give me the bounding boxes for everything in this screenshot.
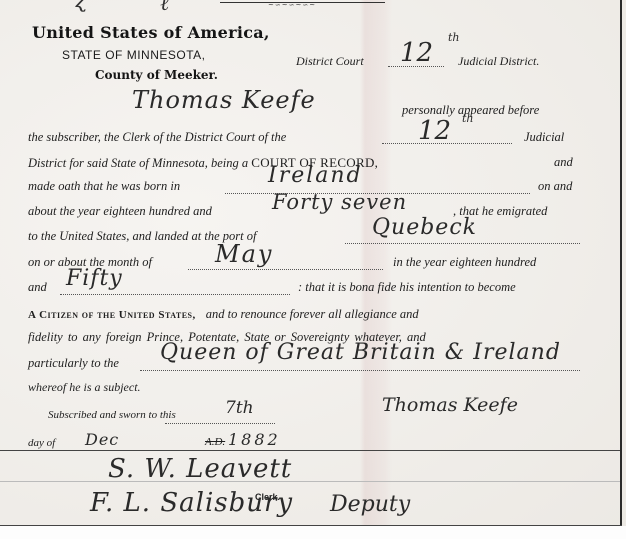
- faint-rule: [0, 481, 620, 482]
- top-handwriting-fragment: ℓ: [160, 0, 169, 16]
- top-ornament-flourish: ~∽~∽~∽~: [268, 1, 328, 7]
- attestation-rule: [0, 450, 620, 451]
- county-heading: County of Meeker.: [95, 68, 218, 82]
- deputy-label: Deputy: [330, 492, 410, 517]
- top-handwriting-fragment: ɀ: [75, 0, 87, 13]
- sovereign-name: Queen of Great Britain & Ireland: [160, 340, 561, 365]
- scan-margin: [0, 526, 626, 539]
- attestation-year: 1882: [228, 430, 281, 449]
- port-name: Quebeck: [372, 215, 477, 240]
- day-of-label: day of: [28, 437, 55, 449]
- body-line-8: A Citizen of the United States, and to r…: [28, 305, 419, 323]
- body-line-10: particularly to the: [28, 356, 119, 371]
- ad-label: A.D.: [205, 436, 225, 448]
- citizen-phrase: A Citizen of the United States,: [28, 309, 196, 321]
- declarant-name: Thomas Keefe: [132, 86, 316, 114]
- emigration-month: May: [215, 240, 273, 268]
- district-number: 12: [400, 38, 433, 68]
- body-line-7: and: [28, 280, 47, 295]
- attestation-month: Dec: [85, 430, 119, 449]
- district-label: Judicial District.: [458, 54, 539, 69]
- body-line-6-end: in the year eighteen hundred: [393, 255, 536, 270]
- page-right-border: [620, 0, 622, 530]
- month-blank: [188, 269, 383, 270]
- deputy-signature: F. L. Salisbury: [90, 488, 293, 518]
- sovereign-blank: [140, 370, 580, 371]
- body-line-3-end: on and: [538, 179, 572, 194]
- clerk-signature: S. W. Leavett: [108, 454, 292, 484]
- declarant-signature: Thomas Keefe: [382, 394, 518, 416]
- body-line-1: the subscriber, the Clerk of the Distric…: [28, 130, 286, 145]
- body-line-1-end: Judicial: [524, 130, 564, 145]
- state-heading: STATE OF MINNESOTA,: [62, 48, 206, 62]
- birth-year-words: Forty seven: [272, 190, 407, 214]
- emigration-year-blank: [60, 294, 290, 295]
- attestation-day: 7th: [225, 398, 254, 418]
- body-district-suffix: th: [462, 112, 474, 125]
- port-blank: [345, 243, 580, 244]
- court-label: District Court: [296, 54, 364, 69]
- renounce-text: and to renounce forever all allegiance a…: [206, 307, 419, 321]
- body-line-7-end: : that it is bona fide his intention to …: [298, 280, 516, 295]
- emigration-year-words: Fifty: [66, 266, 123, 291]
- birthplace: Ireland: [268, 163, 363, 188]
- nation-heading: United States of America,: [32, 23, 270, 42]
- body-line-4: about the year eighteen hundred and: [28, 204, 212, 219]
- subscribed-text: Subscribed and sworn to this: [48, 409, 176, 421]
- day-blank: [165, 423, 275, 424]
- line-2-text: District for said State of Minnesota, be…: [28, 156, 248, 170]
- body-line-2-end: and: [554, 155, 573, 170]
- body-line-3: made oath that he was born in: [28, 179, 180, 194]
- body-district-number: 12: [418, 116, 451, 146]
- body-line-11: whereof he is a subject.: [28, 380, 141, 395]
- district-suffix: th: [448, 31, 460, 44]
